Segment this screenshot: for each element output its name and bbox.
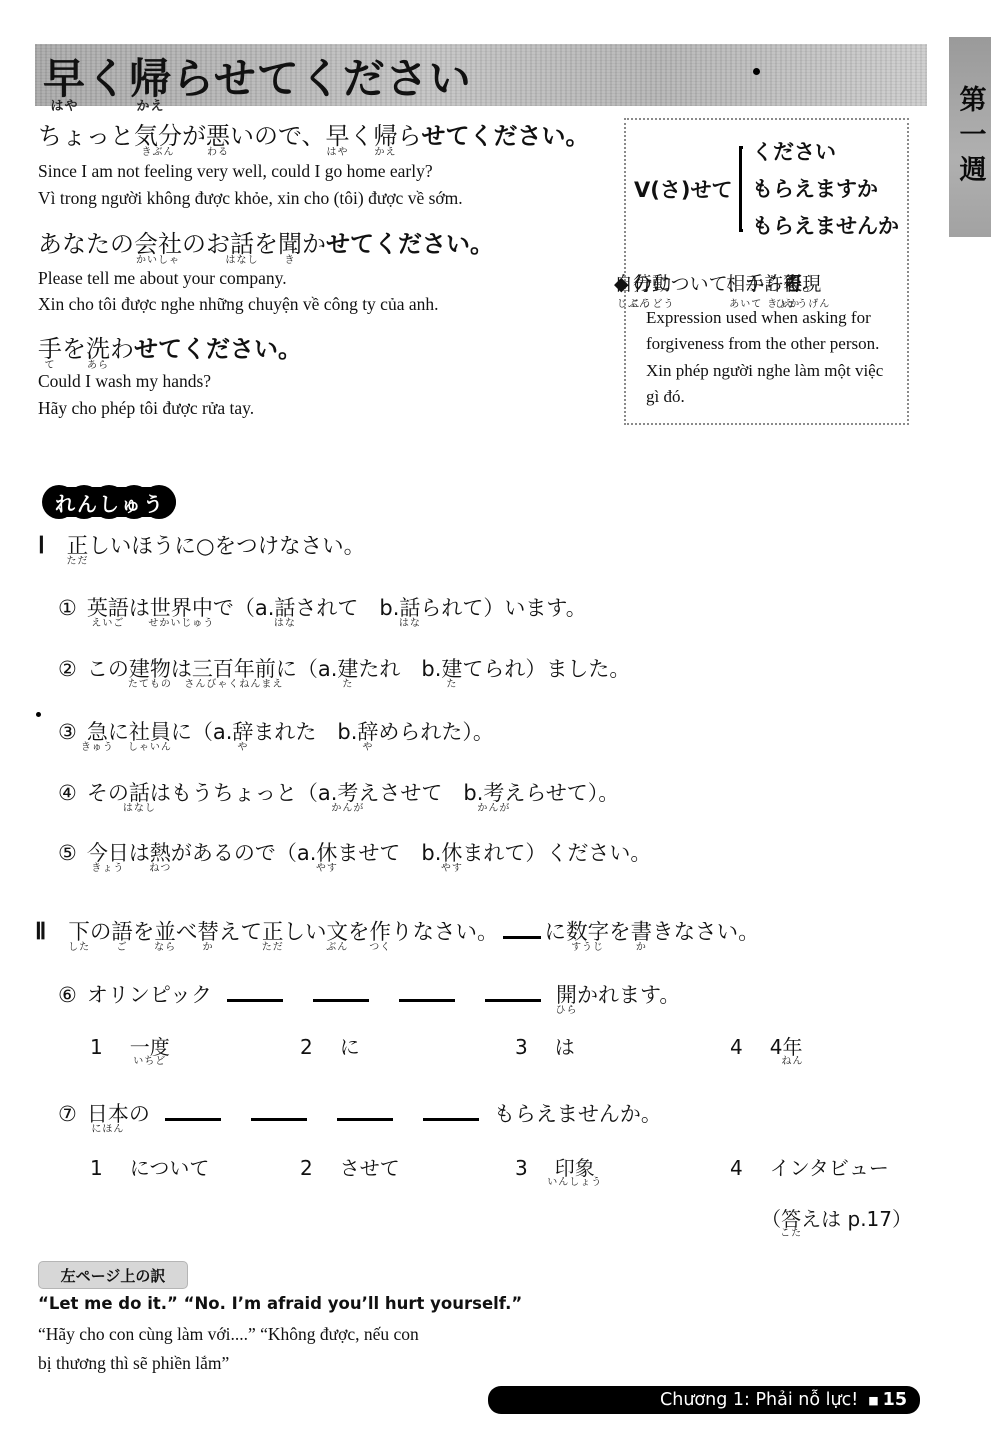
- blank-line: [399, 997, 455, 1002]
- page-square-icon: ■: [868, 1394, 878, 1407]
- word-option: 1一度いちど: [90, 1031, 170, 1060]
- item-number: ②: [58, 657, 77, 681]
- furigana: ねつ: [149, 864, 171, 874]
- option-number: 1: [90, 1156, 103, 1180]
- text-segment: 考かんが: [483, 777, 504, 807]
- text-segment: 世界中せかいじゅう: [150, 592, 213, 622]
- text-segment: せてください。: [422, 116, 590, 151]
- blank-line: [485, 997, 541, 1002]
- item-text: 今日きょうは熱ねつがあるので（a.休やすませて b.休やすまれて）ください。: [87, 841, 652, 865]
- text-segment: 早はや: [326, 116, 350, 151]
- text-segment: が: [182, 116, 206, 151]
- text-segment: く: [86, 46, 129, 106]
- text-segment: わ: [110, 329, 134, 364]
- text-segment: 早はや: [43, 46, 86, 106]
- text-segment: 開ひら: [556, 979, 577, 1009]
- example-translation-vi: Xin cho tôi được nghe những chuyện về cô…: [38, 294, 438, 315]
- text-segment: 手て: [38, 329, 62, 364]
- text-segment: えさせて b.: [358, 777, 483, 807]
- item-text: 英語えいごは世界中せかいじゅうで（a.話はなされて b.話はなられて）います。: [87, 596, 587, 620]
- text-segment: 休やす: [316, 837, 337, 867]
- text-segment: 急きゅう: [87, 716, 108, 746]
- blank-line: [423, 1116, 479, 1121]
- item-number: ③: [58, 720, 77, 744]
- text-segment: は: [129, 837, 150, 867]
- text-segment: （: [761, 1203, 781, 1232]
- text-segment: 替か: [197, 915, 219, 946]
- chapter-label: Chương 1: Phải nỗ lực!: [660, 1390, 858, 1410]
- option-number: 4: [730, 1035, 743, 1059]
- text-segment: はもうちょっと（a.: [150, 777, 338, 807]
- text-segment: 並なら: [154, 915, 176, 946]
- option-text: させて: [340, 1156, 400, 1180]
- option-number: 3: [515, 1035, 528, 1059]
- furigana: やす: [316, 864, 338, 874]
- practice-item: ④その話はなしはもうちょっと（a.考かんがえさせて b.考かんがえらせて）。: [58, 777, 619, 807]
- text-segment: 三百年前さんびゃくねんまえ: [192, 653, 276, 683]
- text-segment: を: [254, 224, 278, 259]
- furigana: ただ: [67, 557, 89, 567]
- text-segment: 辞や: [357, 716, 378, 746]
- text-segment: 文ぶん: [326, 915, 348, 946]
- text-segment: 悪わる: [206, 116, 230, 151]
- blank-line: [165, 1116, 221, 1121]
- example-sentence-jp: あなたの会社かいしゃのお話はなしを聞きかせてください。: [38, 224, 494, 259]
- footnote-quote-vi: “Hãy cho con cùng làm với....” “Không đư…: [38, 1320, 430, 1378]
- text-segment: 休やす: [441, 837, 462, 867]
- text-segment: この: [87, 653, 129, 683]
- textbook-page: 早はやく帰かえらせてください 第一週 ちょっと気分きぶんが悪わるいので、早はやく…: [0, 0, 1000, 1455]
- text-segment: 今日きょう: [87, 837, 129, 867]
- text-segment: の: [90, 915, 112, 946]
- page-number: 15: [883, 1390, 907, 1410]
- text-segment: られて）います。: [420, 592, 586, 622]
- furigana: せかいじゅう: [148, 619, 214, 629]
- bracket-shape: [739, 146, 743, 232]
- print-artifact-dot: [753, 68, 760, 75]
- option-text: 印象いんしょう: [555, 1156, 595, 1180]
- item-number: ⑥: [58, 983, 77, 1007]
- option-number: 1: [90, 1035, 103, 1059]
- furigana: き: [285, 256, 296, 266]
- furigana: はな: [399, 619, 421, 629]
- blank-line: [251, 1116, 307, 1121]
- section-number: Ⅱ: [35, 919, 46, 944]
- option-text: について: [130, 1156, 210, 1180]
- furigana: やす: [441, 864, 463, 874]
- furigana: ぶん: [326, 943, 348, 953]
- text-segment: く: [350, 116, 374, 151]
- furigana: にほん: [91, 1125, 124, 1135]
- text-segment: 作つく: [370, 915, 392, 946]
- text-segment: 印象いんしょう: [555, 1152, 595, 1181]
- text-segment: を: [348, 915, 370, 946]
- text-segment: を: [62, 329, 86, 364]
- text-segment: について: [130, 1152, 210, 1181]
- text-segment: 社員しゃいん: [129, 716, 171, 746]
- option-text: 一度いちど: [130, 1035, 170, 1059]
- week-tab-label: 第一週: [951, 85, 990, 190]
- furigana: いちど: [133, 1057, 166, 1067]
- text-segment: 建た: [337, 653, 358, 683]
- word-option: 3は: [515, 1031, 575, 1060]
- furigana: や: [362, 743, 373, 753]
- furigana: わる: [207, 148, 229, 158]
- item-number: ⑦: [58, 1102, 77, 1126]
- chapter-footer: Chương 1: Phải nỗ lực! ■ 15: [488, 1386, 920, 1414]
- text-segment: 聞き: [278, 224, 302, 259]
- practice-badge-label: れんしゅう: [44, 487, 176, 517]
- practice-item: ⑦日本にほんのもらえませんか。: [58, 1098, 662, 1128]
- item-text: その話はなしはもうちょっと（a.考かんがえさせて b.考かんがえらせて）。: [87, 781, 619, 805]
- section-title: 下したの語ごを並ならべ替かえて正ただしい文ぶんを作つくりなさい。に数字すうじを書…: [68, 920, 759, 945]
- text-segment: 帰かえ: [374, 116, 398, 151]
- furigana: つく: [369, 943, 391, 953]
- grammar-pattern: V(さ)せて: [634, 174, 732, 204]
- text-segment: もらえませんか。: [494, 1098, 662, 1128]
- furigana: ひょうげん: [795, 300, 830, 310]
- footnote-badge: 左ページ上の訳: [38, 1261, 188, 1289]
- text-segment: せてください。: [326, 224, 494, 259]
- option-text: 4年ねん: [770, 1035, 803, 1059]
- word-option: 44年ねん: [730, 1031, 802, 1060]
- text-segment: オリンピック: [87, 979, 212, 1009]
- option-number: 2: [300, 1156, 313, 1180]
- option-number: 2: [300, 1035, 313, 1059]
- text-segment: を: [133, 915, 155, 946]
- word-option: 3印象いんしょう: [515, 1152, 595, 1181]
- text-segment: に（a.: [276, 653, 338, 683]
- grammar-pattern-row: V(さ)せて ください もらえますか もらえませんか: [634, 134, 899, 244]
- text-segment: えらせて）。: [504, 777, 619, 807]
- example-translation-vi: Vì trong người không được khỏe, xin cho …: [38, 188, 463, 209]
- text-segment: きなさい。: [652, 915, 760, 946]
- text-segment: たれ b.: [358, 653, 441, 683]
- example-translation-en: Could I wash my hands?: [38, 371, 211, 392]
- text-segment: 建た: [441, 653, 462, 683]
- furigana: はな: [274, 619, 296, 629]
- text-segment: まれた b.: [253, 716, 357, 746]
- furigana: ご: [117, 943, 128, 953]
- furigana: した: [68, 943, 90, 953]
- footnote-badge-label: 左ページ上の訳: [61, 1265, 166, 1286]
- blank-line: [337, 1116, 393, 1121]
- section-2-heading: Ⅱ下したの語ごを並ならべ替かえて正ただしい文ぶんを作つくりなさい。に数字すうじを…: [35, 915, 760, 946]
- grammar-note-en: Expression used when asking for forgiven…: [646, 305, 899, 356]
- text-segment: 一度いちど: [130, 1031, 170, 1060]
- furigana: かえ: [375, 148, 397, 158]
- text-segment: かれます。: [577, 979, 680, 1009]
- week-tab: 第一週: [949, 37, 991, 237]
- text-segment: 数字すうじ: [566, 915, 609, 946]
- text-segment: は: [555, 1031, 575, 1060]
- text-segment: 熱ねつ: [150, 837, 171, 867]
- text-segment: 話はなし: [129, 777, 150, 807]
- furigana: さんびゃくねんまえ: [184, 680, 283, 690]
- practice-item: ③急きゅうに社員しゃいんに（a.辞やまれた b.辞やめられた）。: [58, 716, 494, 746]
- blank-line: [313, 997, 369, 1002]
- furigana: こた: [780, 1229, 802, 1239]
- text-segment: に: [108, 716, 129, 746]
- text-segment: ませて b.: [337, 837, 441, 867]
- furigana: かいしゃ: [136, 256, 180, 266]
- furigana: かえ: [137, 100, 165, 113]
- text-segment: ら: [398, 116, 422, 151]
- option-text: は: [555, 1035, 575, 1059]
- word-option: 4インタビュー: [730, 1152, 889, 1181]
- text-segment: 正ただ: [262, 915, 284, 946]
- furigana: なら: [154, 943, 176, 953]
- furigana: いんしょう: [547, 1178, 602, 1188]
- furigana: た: [342, 680, 353, 690]
- practice-item: ②この建物たてものは三百年前さんびゃくねんまえに（a.建たたれ b.建たてられ）…: [58, 653, 630, 683]
- furigana: て: [45, 361, 56, 371]
- furigana: か: [636, 943, 647, 953]
- grammar-option: もらえますか: [752, 171, 899, 208]
- grammar-box: V(さ)せて ください もらえますか もらえませんか ◆自分じぶんの行動こうどう…: [624, 118, 909, 425]
- furigana: あら: [87, 361, 109, 371]
- practice-item: ⑤今日きょうは熱ねつがあるので（a.休やすませて b.休やすまれて）ください。: [58, 837, 651, 867]
- furigana: しゃいん: [128, 743, 172, 753]
- print-artifact-dot: [36, 712, 41, 717]
- text-segment: 書か: [631, 915, 653, 946]
- text-segment: を: [609, 915, 631, 946]
- text-segment: に: [340, 1031, 360, 1060]
- furigana: すうじ: [571, 943, 604, 953]
- text-segment: てられ）ました。: [462, 653, 630, 683]
- lesson-title: 早はやく帰かえらせてください: [43, 46, 472, 106]
- example-translation-vi: Hãy cho phép tôi được rửa tay.: [38, 398, 254, 419]
- text-segment: ちょっと: [38, 116, 134, 151]
- text-segment: えは p.17）: [801, 1203, 912, 1232]
- furigana: ひら: [556, 1006, 578, 1016]
- blank-line: [503, 934, 541, 939]
- text-segment: 日本にほん: [87, 1098, 129, 1128]
- furigana: た: [446, 680, 457, 690]
- section-title: 正ただしいほうに○をつけなさい。: [67, 534, 365, 559]
- text-segment: 辞や: [232, 716, 253, 746]
- furigana: や: [237, 743, 248, 753]
- grammar-note-jp: ◆自分じぶんの行動こうどうについて、相手あいてから許可きょかを得える表現ひょうげ…: [634, 266, 899, 303]
- text-segment: 洗あら: [86, 329, 110, 364]
- text-segment: 話はな: [399, 592, 420, 622]
- text-segment: か: [302, 224, 326, 259]
- text-segment: インタビュー: [770, 1152, 889, 1181]
- text-segment: りなさい。: [391, 915, 499, 946]
- text-segment: 話はな: [274, 592, 295, 622]
- text-segment: 年ねん: [782, 1031, 802, 1060]
- grammar-note-vi: Xin phép người nghe làm một việc gì đó.: [646, 358, 899, 409]
- furigana: ねん: [781, 1057, 803, 1067]
- text-segment: は: [129, 592, 150, 622]
- example-sentence-jp: 手てを洗あらわせてください。: [38, 329, 302, 364]
- text-segment: 考かんが: [337, 777, 358, 807]
- text-segment: まれて）ください。: [462, 837, 651, 867]
- text-segment: で（a.: [213, 592, 275, 622]
- item-number: ①: [58, 596, 77, 620]
- option-text: インタビュー: [770, 1156, 889, 1180]
- section-number: Ⅰ: [38, 533, 45, 558]
- text-segment: 英語えいご: [87, 592, 129, 622]
- item-number: ⑤: [58, 841, 77, 865]
- word-option: 2に: [300, 1031, 360, 1060]
- text-segment: 下した: [68, 915, 90, 946]
- text-segment: らせてください: [172, 46, 472, 106]
- blank-line: [227, 997, 283, 1002]
- grammar-options: ください もらえますか もらえませんか: [752, 134, 899, 244]
- furigana: きぶん: [142, 148, 175, 158]
- item-number: ④: [58, 781, 77, 805]
- option-number: 3: [515, 1156, 528, 1180]
- text-segment: があるので（a.: [171, 837, 317, 867]
- item-text: この建物たてものは三百年前さんびゃくねんまえに（a.建たたれ b.建たてられ）ま…: [87, 657, 631, 681]
- text-segment: えて: [219, 915, 262, 946]
- lesson-title-bar: 早はやく帰かえらせてください: [35, 44, 927, 106]
- section-1-heading: Ⅰ正ただしいほうに○をつけなさい。: [38, 529, 365, 560]
- text-segment: に: [545, 915, 567, 946]
- text-segment: 帰かえ: [129, 46, 172, 106]
- text-segment: 建物たてもの: [129, 653, 171, 683]
- practice-item: ①英語えいごは世界中せかいじゅうで（a.話はなされて b.話はなられて）います。: [58, 592, 587, 622]
- text-segment: の: [129, 1098, 150, 1128]
- practice-item: ⑥オリンピック開ひらかれます。: [58, 979, 680, 1009]
- example-translation-en: Since I am not feeling very well, could …: [38, 161, 433, 182]
- example-sentence-jp: ちょっと気分きぶんが悪わるいので、早はやく帰かえらせてください。: [38, 116, 590, 151]
- text-segment: 語ご: [111, 915, 133, 946]
- footnote-quote-en: “Let me do it.” “No. I’m afraid you’ll h…: [38, 1294, 522, 1313]
- furigana: えいご: [91, 619, 124, 629]
- text-segment: させて: [340, 1152, 400, 1181]
- furigana: か: [203, 943, 214, 953]
- text-segment: のお: [182, 224, 230, 259]
- item-text: 急きゅうに社員しゃいんに（a.辞やまれた b.辞やめられた）。: [87, 720, 494, 744]
- word-option: 1について: [90, 1152, 209, 1181]
- text-segment: 話はなし: [230, 224, 254, 259]
- text-segment: いので、: [230, 116, 326, 151]
- text-segment: べ: [176, 915, 198, 946]
- text-segment: あなたの: [38, 224, 134, 259]
- text-segment: せてください。: [134, 329, 302, 364]
- text-segment: 会社かいしゃ: [134, 224, 182, 259]
- text-segment: 気分きぶん: [134, 116, 182, 151]
- option-text: に: [340, 1035, 360, 1059]
- furigana: きょう: [91, 864, 124, 874]
- item-text: 日本にほんのもらえませんか。: [87, 1102, 662, 1126]
- grammar-option: ください: [752, 134, 899, 171]
- text-segment: しいほうに○をつけなさい。: [88, 529, 365, 560]
- item-text: オリンピック開ひらかれます。: [87, 983, 681, 1007]
- text-segment: められた）。: [378, 716, 494, 746]
- word-option: 2させて: [300, 1152, 400, 1181]
- furigana: ただ: [262, 943, 284, 953]
- text-segment: 答こた: [781, 1203, 801, 1232]
- text-segment: しい: [283, 915, 326, 946]
- grammar-option: もらえませんか: [752, 208, 899, 245]
- text-segment: に（a.: [171, 716, 233, 746]
- example-translation-en: Please tell me about your company.: [38, 268, 287, 289]
- furigana: はや: [50, 100, 78, 113]
- answer-page-note: （答こたえは p.17）: [761, 1203, 912, 1232]
- furigana: はや: [327, 148, 349, 158]
- text-segment: 正ただ: [67, 529, 89, 560]
- text-segment: されて b.: [295, 592, 399, 622]
- practice-badge: れんしゅう: [44, 487, 176, 517]
- furigana: たてもの: [128, 680, 172, 690]
- option-number: 4: [730, 1156, 743, 1180]
